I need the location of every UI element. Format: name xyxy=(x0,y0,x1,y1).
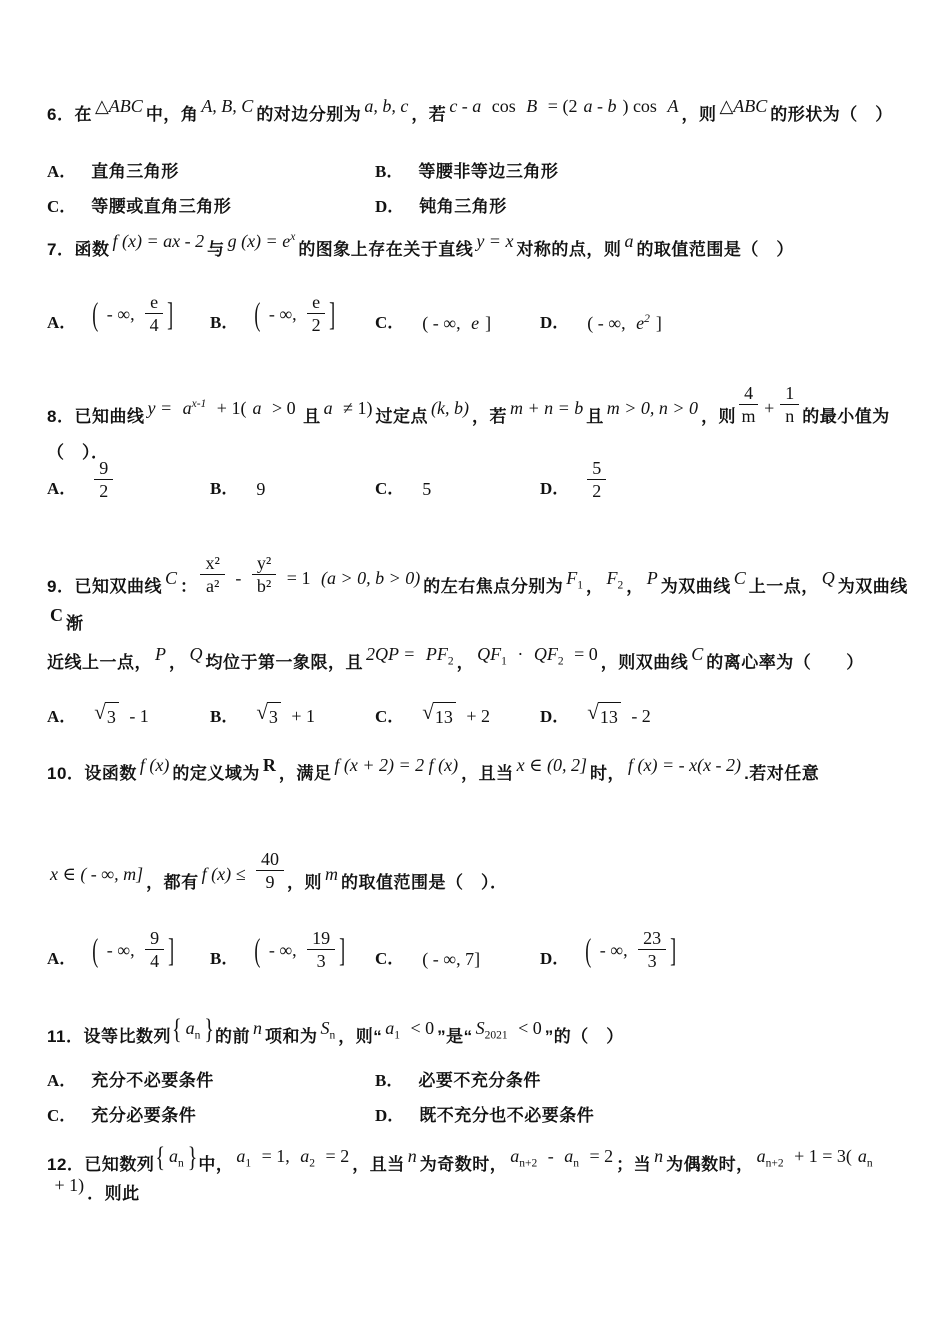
option-content: 等腰或直角三角形 xyxy=(91,196,231,219)
question-11-options-row-2: C． 充分必要条件 D． 既不充分也不必要条件 xyxy=(47,1105,913,1128)
math-run: x ∈ (0, 2] xyxy=(517,751,587,780)
big-delimiter: ( xyxy=(585,933,591,965)
question-11-option-c: C． 充分必要条件 xyxy=(47,1105,375,1128)
math-run: ( - ∞, xyxy=(422,311,465,335)
text-run: 等腰非等边三角形 xyxy=(418,161,558,184)
question-9-option-a: A． √3 - 1 xyxy=(47,702,210,729)
math-run: + 1) xyxy=(50,1171,84,1200)
math-run: a - b xyxy=(583,92,616,121)
question-11-option-d: D． 既不充分也不必要条件 xyxy=(375,1105,913,1128)
exam-page: 6．在△ABC中，角A, B, C的对边分别为a, b, c，若c - a co… xyxy=(0,0,950,1344)
option-content: √3 + 1 xyxy=(253,702,318,729)
text-run: ”的（ ） xyxy=(545,1027,624,1046)
text-run: 为双曲线 xyxy=(661,577,731,596)
math-run: (k, b) xyxy=(431,394,469,423)
math-run: a xyxy=(324,394,333,423)
text-run: 必要不充分条件 xyxy=(418,1070,541,1093)
text-run: 8．已知曲线 xyxy=(47,407,144,426)
text-run: ， xyxy=(626,577,644,596)
option-content: √3 - 1 xyxy=(91,702,152,729)
math-run: - ∞, xyxy=(102,302,139,326)
big-delimiter: ( xyxy=(254,297,260,329)
option-content: 既不充分也不必要条件 xyxy=(419,1105,594,1128)
text-run: ，且当 xyxy=(461,764,514,783)
math-run: C xyxy=(691,640,703,669)
math-run: f (x) ≤ xyxy=(202,860,250,889)
big-delimiter: ( xyxy=(92,933,98,965)
math-run: - 1 xyxy=(125,704,149,728)
math-run: ( - ∞, xyxy=(587,311,630,335)
math-sub: an xyxy=(169,1142,184,1171)
option-label: D． xyxy=(540,948,569,971)
math-sub: F1 xyxy=(566,564,583,593)
big-delimiter: { xyxy=(155,1144,165,1172)
question-8-stem: 8．已知曲线y = ax-1 + 1(a > 0 且a ≠ 1)过定点(k, b… xyxy=(47,396,913,467)
math-sub: PF2 xyxy=(426,640,454,669)
math-run: ] xyxy=(656,311,662,335)
big-delimiter: ( xyxy=(92,297,98,329)
math-sub: an xyxy=(186,1014,201,1043)
text-run: ， xyxy=(586,577,604,596)
math-sub: S2021 xyxy=(476,1014,508,1043)
option-content: 钝角三角形 xyxy=(419,196,507,219)
question-10-stem-line-2: x ∈ ( - ∞, m]，都有f (x) ≤ 409，则m的取值范围是（ ）． xyxy=(47,862,913,905)
text-run: 直角三角形 xyxy=(91,161,179,184)
math-run: ≠ 1) xyxy=(339,394,373,423)
math-run: = 1, xyxy=(257,1142,294,1171)
text-run: 既不充分也不必要条件 xyxy=(419,1105,594,1128)
math-run: Q xyxy=(822,564,835,593)
question-10-option-b: B． ( - ∞, 193] xyxy=(210,928,375,971)
option-content: ( - ∞, e4] xyxy=(91,292,174,335)
option-label: A． xyxy=(47,948,76,971)
math-run: C xyxy=(165,564,177,593)
question-8-option-c: C． 5 xyxy=(375,458,540,501)
math-run: Q xyxy=(190,640,203,669)
math-run: a xyxy=(624,227,633,256)
text-run: 的对边分别为 xyxy=(256,105,361,124)
text-run: ，则 xyxy=(287,873,322,892)
option-label: A． xyxy=(47,478,76,501)
option-label: C． xyxy=(375,312,404,335)
big-delimiter: } xyxy=(204,1016,214,1044)
math-run: B xyxy=(526,92,537,121)
option-content: ( - ∞, 233] xyxy=(584,928,677,971)
option-content: 充分不必要条件 xyxy=(91,1070,214,1093)
math-run: + 1 = 3( xyxy=(790,1142,852,1171)
question-7-options-row: A． ( - ∞, e4] B． ( - ∞, e2] C． ( - ∞, e]… xyxy=(47,292,913,335)
text-run: 上一点， xyxy=(749,577,819,596)
text-run: ”是“ xyxy=(437,1027,473,1046)
text-run: 近线上一点， xyxy=(47,653,152,672)
option-content: 充分必要条件 xyxy=(91,1105,196,1128)
math-run: a xyxy=(252,394,261,423)
text-run: 充分不必要条件 xyxy=(91,1070,214,1093)
text-run: 的定义域为 xyxy=(172,764,260,783)
question-11-stem: 11．设等比数列{an}的前n项和为Sn，则“a1 < 0”是“S2021 < … xyxy=(47,1022,913,1051)
option-label: A． xyxy=(47,1070,76,1093)
math-run: = 0 xyxy=(570,640,598,669)
option-label: C． xyxy=(47,1105,76,1128)
option-content: 等腰非等边三角形 xyxy=(418,161,558,184)
math-run: = 2 xyxy=(585,1142,613,1171)
option-content: ( - ∞, e2] xyxy=(253,292,336,335)
fraction: 1n xyxy=(780,383,799,426)
math-run: A, B, C xyxy=(201,92,253,121)
square-root: √3 xyxy=(256,702,281,729)
question-6-option-a: A． 直角三角形 xyxy=(47,161,375,184)
option-label: D． xyxy=(540,478,569,501)
question-8-options-row: A． 92 B． 9 C． 5 D． 52 xyxy=(47,458,913,501)
text-run: 7．函数 xyxy=(47,240,109,259)
option-content: 52 xyxy=(584,458,609,501)
math-run: y = xyxy=(147,394,176,423)
math-run: m xyxy=(325,860,338,889)
option-label: B． xyxy=(210,706,238,729)
question-7-option-a: A． ( - ∞, e4] xyxy=(47,292,210,335)
math-sub: QF1 xyxy=(477,640,507,669)
math-sub: an+2 xyxy=(510,1142,537,1171)
text-run: 中， xyxy=(198,1155,233,1174)
math-run: > 0 xyxy=(267,394,300,423)
option-content: ( - ∞, 94] xyxy=(91,928,175,971)
math-run: △ABC xyxy=(95,92,143,121)
question-9-stem-line-1: 9．已知双曲线C：x²a² - y²b² = 1 (a > 0, b > 0)的… xyxy=(47,566,913,638)
question-6-option-c: C． 等腰或直角三角形 xyxy=(47,196,375,219)
question-12-stem: 12．已知数列{an}中，a1 = 1, a2 = 2，且当n为奇数时，an+2… xyxy=(47,1150,913,1208)
option-content: 5 xyxy=(419,477,434,501)
math-run: + 1 xyxy=(287,704,315,728)
math-sub: a1 xyxy=(236,1142,251,1171)
option-label: D． xyxy=(540,312,569,335)
big-delimiter: ] xyxy=(329,297,335,329)
question-8-option-a: A． 92 xyxy=(47,458,210,501)
math-run: n xyxy=(253,1014,262,1043)
math-sub: a2 xyxy=(300,1142,315,1171)
math-run: n xyxy=(408,1142,417,1171)
math-run: A xyxy=(667,92,678,121)
question-10-option-c: C． ( - ∞, 7] xyxy=(375,928,540,971)
option-content: 9 xyxy=(253,477,268,501)
question-6-option-b: B． 等腰非等边三角形 xyxy=(375,161,913,184)
text-run: 充分必要条件 xyxy=(91,1105,196,1128)
fraction: 94 xyxy=(145,928,164,971)
math-run: + 2 xyxy=(462,704,490,728)
square-root: √13 xyxy=(587,702,621,729)
math-run: - xyxy=(543,1142,558,1171)
math-run: f (x) xyxy=(140,751,169,780)
math-run: ) cos xyxy=(622,92,661,121)
question-9-option-b: B． √3 + 1 xyxy=(210,702,375,729)
text-run: ， xyxy=(457,653,475,672)
math-run: = 2 xyxy=(321,1142,349,1171)
question-9-option-c: C． √13 + 2 xyxy=(375,702,540,729)
option-label: B． xyxy=(375,161,403,184)
fraction: 193 xyxy=(307,928,335,971)
question-9-option-d: D． √13 - 2 xyxy=(540,702,913,729)
big-delimiter: ( xyxy=(254,933,260,965)
math-run: m + n = b xyxy=(510,394,583,423)
math-sub: F2 xyxy=(606,564,623,593)
math-run: ( - ∞, 7] xyxy=(422,947,480,971)
text-run: ， xyxy=(169,653,187,672)
text-run: 钝角三角形 xyxy=(419,196,507,219)
math-run: n xyxy=(654,1142,663,1171)
math-run: = (2 xyxy=(543,92,577,121)
math-run: m > 0, n > 0 xyxy=(607,394,698,423)
big-delimiter: ] xyxy=(168,933,174,965)
math-run: + xyxy=(764,394,774,423)
fraction: y²b² xyxy=(252,553,276,596)
text-run: 的取值范围是（ ） xyxy=(636,240,794,259)
math-run: a, b, c xyxy=(364,92,408,121)
question-10-stem-line-1: 10．设函数f (x)的定义域为R，满足f (x + 2) = 2 f (x)，… xyxy=(47,759,913,788)
text-run: ，满足 xyxy=(279,764,332,783)
question-6-options-row-2: C． 等腰或直角三角形 D． 钝角三角形 xyxy=(47,196,913,219)
math-run: - ∞, xyxy=(264,938,301,962)
math-run: f (x) = ax - 2 xyxy=(112,227,204,256)
question-11-options-row-1: A． 充分不必要条件 B． 必要不充分条件 xyxy=(47,1070,913,1093)
math-sub: an xyxy=(858,1142,873,1171)
math-run: - ∞, xyxy=(595,938,632,962)
math-sup: g (x) = ex xyxy=(228,227,296,256)
fraction: 4m xyxy=(739,383,758,426)
text-run: ．则此 xyxy=(87,1184,140,1203)
math-run: < 0 xyxy=(406,1014,434,1043)
text-run: ，则 xyxy=(701,407,736,426)
text-run: 10．设函数 xyxy=(47,764,137,783)
question-7-option-b: B． ( - ∞, e2] xyxy=(210,292,375,335)
text-run: ，则双曲线 xyxy=(601,653,689,672)
fraction: 409 xyxy=(256,849,284,892)
text-run: 11．设等比数列 xyxy=(47,1027,171,1046)
option-content: 92 xyxy=(91,458,116,501)
text-run: ： xyxy=(180,577,198,596)
math-run: C xyxy=(50,601,63,630)
math-run: △ABC xyxy=(719,92,767,121)
math-run: P xyxy=(647,564,658,593)
math-run: R xyxy=(263,751,276,780)
math-sub: Sn xyxy=(320,1014,335,1043)
text-run: ；当 xyxy=(616,1155,651,1174)
text-run: 为奇数时， xyxy=(420,1155,508,1174)
option-label: C． xyxy=(375,478,404,501)
text-run: 渐 xyxy=(66,614,84,633)
math-run: P xyxy=(155,640,166,669)
big-delimiter: { xyxy=(172,1016,182,1044)
fraction: e2 xyxy=(307,292,325,335)
math-run: ] xyxy=(485,311,491,335)
question-11-option-b: B． 必要不充分条件 xyxy=(375,1070,913,1093)
math-run: f (x) = - x(x - 2) xyxy=(628,751,741,780)
math-sup: ax-1 xyxy=(183,394,207,423)
math-sub: an xyxy=(564,1142,579,1171)
math-run: + 1( xyxy=(212,394,246,423)
text-run: 9．已知双曲线 xyxy=(47,577,162,596)
math-run: c - a xyxy=(449,92,481,121)
math-run: (a > 0, b > 0) xyxy=(321,564,420,593)
question-10-option-a: A． ( - ∞, 94] xyxy=(47,928,210,971)
option-label: D． xyxy=(375,196,404,219)
text-run: 的取值范围是（ ）． xyxy=(341,873,508,892)
fraction: 52 xyxy=(587,458,606,501)
question-8-option-d: D． 52 xyxy=(540,458,913,501)
fraction: 92 xyxy=(94,458,113,501)
text-run: 为双曲线 xyxy=(838,577,908,596)
math-run: - xyxy=(231,564,246,593)
option-content: √13 - 2 xyxy=(584,702,654,729)
option-label: A． xyxy=(47,312,76,335)
math-sub: a1 xyxy=(385,1014,400,1043)
math-sub: an+2 xyxy=(757,1142,784,1171)
question-10-options-row: A． ( - ∞, 94] B． ( - ∞, 193] C． ( - ∞, 7… xyxy=(47,928,913,971)
square-root: √3 xyxy=(94,702,119,729)
math-run: f (x + 2) = 2 f (x) xyxy=(334,751,458,780)
option-label: C． xyxy=(47,196,76,219)
big-delimiter: ] xyxy=(339,933,345,965)
text-run: 与 xyxy=(207,240,225,259)
math-run: 9 xyxy=(256,477,265,501)
text-run: ，都有 xyxy=(146,873,199,892)
text-run: 的前 xyxy=(215,1027,250,1046)
option-content: ( - ∞, 193] xyxy=(253,928,346,971)
text-run: 等腰或直角三角形 xyxy=(91,196,231,219)
text-run: 且 xyxy=(586,407,604,426)
text-run: 的图象上存在关于直线 xyxy=(298,240,473,259)
option-content: ( - ∞, e] xyxy=(419,311,494,335)
math-run: 5 xyxy=(422,477,431,501)
text-run: 中，角 xyxy=(146,105,199,124)
text-run: .若对任意 xyxy=(744,764,819,783)
math-run: = 1 xyxy=(282,564,315,593)
question-6-option-d: D． 钝角三角形 xyxy=(375,196,913,219)
text-run: 为偶数时， xyxy=(666,1155,754,1174)
math-run: e xyxy=(471,311,479,335)
option-content: 必要不充分条件 xyxy=(418,1070,541,1093)
math-sup: e2 xyxy=(636,311,650,335)
math-run: · xyxy=(513,640,528,669)
option-label: D． xyxy=(375,1105,404,1128)
text-run: ，且当 xyxy=(352,1155,405,1174)
math-run: - 2 xyxy=(627,704,651,728)
question-7-stem: 7．函数f (x) = ax - 2与g (x) = ex的图象上存在关于直线y… xyxy=(47,235,913,264)
question-7-option-c: C． ( - ∞, e] xyxy=(375,292,540,335)
option-label: B． xyxy=(210,478,238,501)
question-8-option-b: B． 9 xyxy=(210,458,375,501)
text-run: 的左右焦点分别为 xyxy=(423,577,563,596)
question-6-stem: 6．在△ABC中，角A, B, C的对边分别为a, b, c，若c - a co… xyxy=(47,100,913,129)
text-run: ，则“ xyxy=(338,1027,382,1046)
big-delimiter: } xyxy=(188,1144,198,1172)
math-run: 2QP = xyxy=(366,640,420,669)
text-run: 且 xyxy=(303,407,321,426)
math-run: C xyxy=(734,564,746,593)
math-run: < 0 xyxy=(514,1014,542,1043)
text-run: 项和为 xyxy=(265,1027,318,1046)
option-label: B． xyxy=(375,1070,403,1093)
option-label: A． xyxy=(47,161,76,184)
fraction: e4 xyxy=(145,292,163,335)
big-delimiter: ] xyxy=(167,297,173,329)
text-run: 的形状为（ ） xyxy=(770,105,893,124)
option-label: B． xyxy=(210,312,238,335)
option-label: B． xyxy=(210,948,238,971)
math-run: - ∞, xyxy=(264,302,301,326)
math-run: cos xyxy=(487,92,520,121)
option-content: ( - ∞, 7] xyxy=(419,947,483,971)
math-run: y = x xyxy=(476,227,513,256)
option-content: √13 + 2 xyxy=(419,702,493,729)
option-content: ( - ∞, e2] xyxy=(584,311,665,335)
option-label: A． xyxy=(47,706,76,729)
math-run: x ∈ ( - ∞, m] xyxy=(50,860,143,889)
text-run: 对称的点，则 xyxy=(516,240,621,259)
math-run: - ∞, xyxy=(102,938,139,962)
square-root: √13 xyxy=(422,702,456,729)
question-10-option-d: D． ( - ∞, 233] xyxy=(540,928,913,971)
text-run: 6．在 xyxy=(47,105,92,124)
question-9-options-row: A． √3 - 1 B． √3 + 1 C． √13 + 2 D． √13 - … xyxy=(47,702,913,729)
math-sub: QF2 xyxy=(534,640,564,669)
fraction: x²a² xyxy=(200,553,224,596)
question-6-options-row-1: A． 直角三角形 B． 等腰非等边三角形 xyxy=(47,161,913,184)
question-7-option-d: D． ( - ∞, e2] xyxy=(540,292,913,335)
text-run: 过定点 xyxy=(375,407,428,426)
fraction: 233 xyxy=(638,928,666,971)
option-label: C． xyxy=(375,948,404,971)
text-run: ，若 xyxy=(411,105,446,124)
question-11-option-a: A． 充分不必要条件 xyxy=(47,1070,375,1093)
big-delimiter: ] xyxy=(670,933,676,965)
text-run: ，若 xyxy=(472,407,507,426)
option-label: C． xyxy=(375,706,404,729)
option-content: 直角三角形 xyxy=(91,161,179,184)
text-run: ，则 xyxy=(681,105,716,124)
text-run: 时， xyxy=(590,764,625,783)
question-9-stem-line-2: 近线上一点，P，Q均位于第一象限，且2QP = PF2，QF1 · QF2 = … xyxy=(47,648,913,677)
option-label: D． xyxy=(540,706,569,729)
text-run: 的离心率为（ ） xyxy=(706,653,864,672)
text-run: 均位于第一象限，且 xyxy=(206,653,364,672)
